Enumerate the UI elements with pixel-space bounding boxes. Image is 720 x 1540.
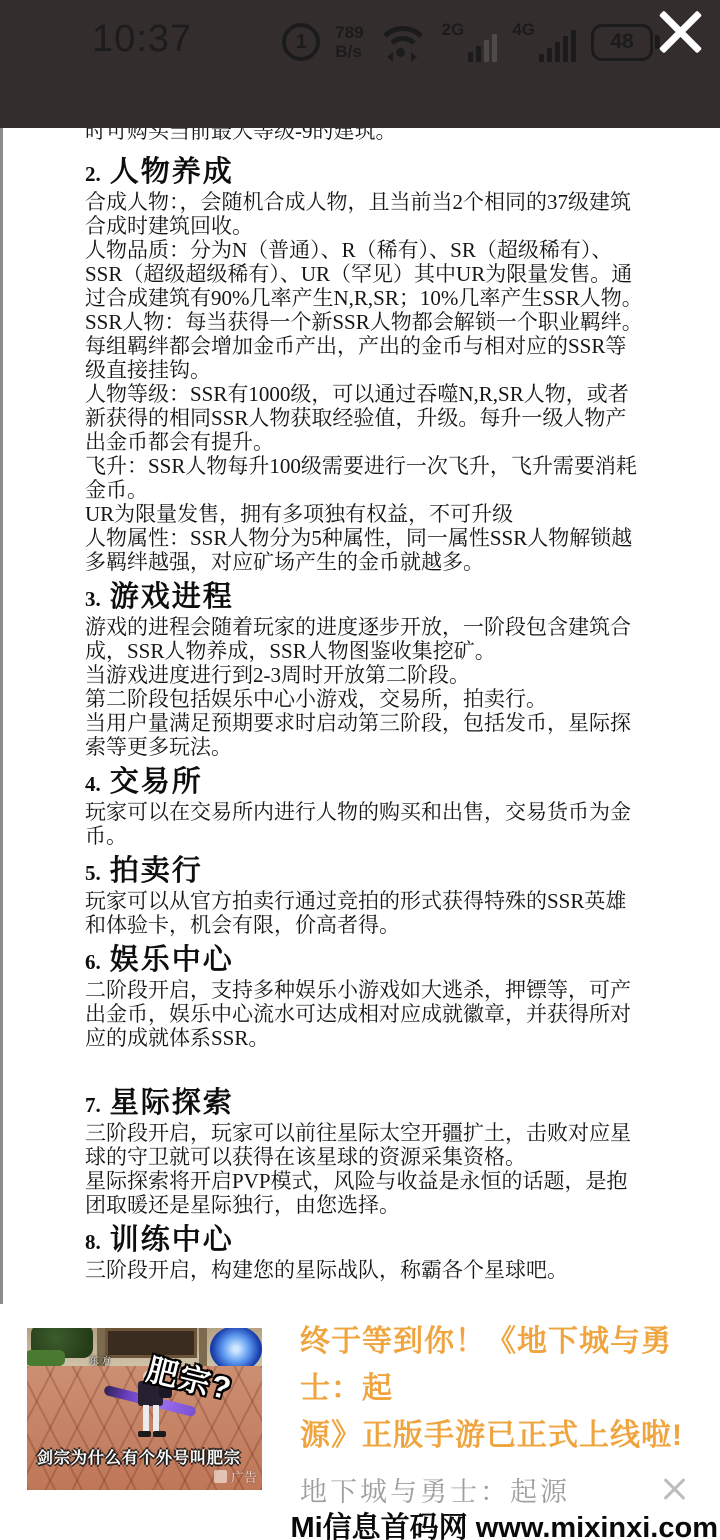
- section-number: 3.: [85, 587, 101, 612]
- section-number: 5.: [85, 861, 101, 886]
- ad-headline[interactable]: 终于等到你！《地下城与勇士：起 源》正版手游已正式上线啦!: [300, 1318, 705, 1459]
- section-title: 游戏进程: [110, 580, 234, 614]
- section-heading: 6.娱乐中心: [85, 943, 692, 977]
- ad-network-logo-icon: [214, 1470, 227, 1483]
- section-number: 2.: [85, 162, 101, 187]
- ad-close-icon[interactable]: [662, 1476, 688, 1502]
- section-body: 三阶段开启，构建您的星际战队，称霸各个星球吧。: [85, 1258, 692, 1282]
- doc-section: 6.娱乐中心二阶段开启，支持多种娱乐小游戏如大逃杀，押镖等，可产 出金币，娱乐中…: [85, 943, 692, 1050]
- game-rules-document: 时可购买当前最大等级-9的建筑。 2.人物养成合成人物：，会随机合成人物，且当前…: [0, 128, 720, 1304]
- close-overlay-icon[interactable]: [656, 8, 704, 56]
- network-speed-value: 789: [335, 23, 363, 42]
- section-body: 合成人物：，会随机合成人物，且当前当2个相同的37级建筑 合成时建筑回收。 人物…: [85, 190, 692, 574]
- ad-badge: 广告: [214, 1467, 257, 1486]
- section-number: 4.: [85, 772, 101, 797]
- section-number: 7.: [85, 1093, 101, 1118]
- signal-sim1: 2G: [442, 22, 498, 62]
- network-speed-unit: B/s: [335, 42, 363, 61]
- doc-section: 2.人物养成合成人物：，会随机合成人物，且当前当2个相同的37级建筑 合成时建筑…: [85, 155, 692, 574]
- phone-screen: 10:37 1 789 B/s 2G 4G: [0, 0, 720, 1540]
- section-body: 二阶段开启，支持多种娱乐小游戏如大逃杀，押镖等，可产 出金币，娱乐中心流水可达成…: [85, 978, 692, 1050]
- status-icons: 1 789 B/s 2G 4G: [282, 16, 660, 68]
- section-heading: 5.拍卖行: [85, 854, 692, 888]
- section-number: 8.: [85, 1230, 101, 1255]
- video-caption: 剑宗为什么有个外号叫肥宗: [37, 1445, 241, 1468]
- network-speed: 789 B/s: [335, 23, 363, 61]
- sim2-type-label: 4G: [512, 22, 535, 37]
- section-title: 人物养成: [110, 155, 234, 189]
- sim2-signal-bars-icon: [539, 30, 576, 62]
- doc-section: 3.游戏进程游戏的进程会随着玩家的进度逐步开放，一阶段包含建筑合 成，SSR人物…: [85, 580, 692, 759]
- section-body: 玩家可以从官方拍卖行通过竞拍的形式获得特殊的SSR英雄 和体验卡，机会有限，价高…: [85, 889, 692, 937]
- clock: 10:37: [92, 18, 192, 61]
- section-body: 三阶段开启，玩家可以前往星际太空开疆扩土，击败对应星 球的守卫就可以获得在该星球…: [85, 1121, 692, 1217]
- section-title: 训练中心: [110, 1223, 234, 1257]
- doc-section: 7.星际探索三阶段开启，玩家可以前往星际太空开疆扩土，击败对应星 球的守卫就可以…: [85, 1086, 692, 1217]
- doc-section: 4.交易所玩家可以在交易所内进行人物的购买和出售，交易货币为金 币。: [85, 765, 692, 848]
- wifi-icon: [379, 22, 427, 62]
- section-heading: 8.训练中心: [85, 1223, 692, 1257]
- grass-icon: [27, 1350, 65, 1366]
- section-heading: 2.人物养成: [85, 155, 692, 189]
- watermark: Mi信息首码网 www.mixinxi.com: [290, 1505, 718, 1540]
- section-body: 游戏的进程会随着玩家的进度逐步开放，一阶段包含建筑合 成，SSR人物养成，SSR…: [85, 615, 692, 759]
- data-saver-icon: 1: [282, 23, 320, 61]
- game-scene-wall: [27, 1328, 262, 1366]
- sim1-signal-bars-icon: [468, 34, 497, 62]
- battery-icon: 48: [591, 24, 660, 61]
- character-name-tag: 东方: [89, 1352, 113, 1367]
- section-title: 交易所: [110, 765, 203, 799]
- signal-sim2: 4G: [512, 22, 576, 62]
- section-number: 6.: [85, 950, 101, 975]
- section-title: 星际探索: [110, 1086, 234, 1120]
- sections-container: 2.人物养成合成人物：，会随机合成人物，且当前当2个相同的37级建筑 合成时建筑…: [85, 155, 692, 1282]
- section-heading: 3.游戏进程: [85, 580, 692, 614]
- ad-app-title: 地下城与勇士：起源: [300, 1470, 570, 1509]
- doc-section: 8.训练中心三阶段开启，构建您的星际战队，称霸各个星球吧。: [85, 1223, 692, 1282]
- section-body: 玩家可以在交易所内进行人物的购买和出售，交易货币为金 币。: [85, 800, 692, 848]
- clipped-top-line: 时可购买当前最大等级-9的建筑。: [85, 128, 692, 149]
- section-heading: 4.交易所: [85, 765, 692, 799]
- doc-section: 5.拍卖行玩家可以从官方拍卖行通过竞拍的形式获得特殊的SSR英雄 和体验卡，机会…: [85, 854, 692, 937]
- ad-game-screenshot[interactable]: 东方 肥宗? 剑宗为什么有个外号叫肥宗 广告: [27, 1328, 262, 1490]
- status-bar: 10:37 1 789 B/s 2G 4G: [0, 0, 720, 128]
- sim1-type-label: 2G: [442, 22, 465, 37]
- section-heading: 7.星际探索: [85, 1086, 692, 1120]
- battery-percent: 48: [591, 24, 653, 61]
- section-title: 娱乐中心: [110, 943, 234, 977]
- section-title: 拍卖行: [110, 854, 203, 888]
